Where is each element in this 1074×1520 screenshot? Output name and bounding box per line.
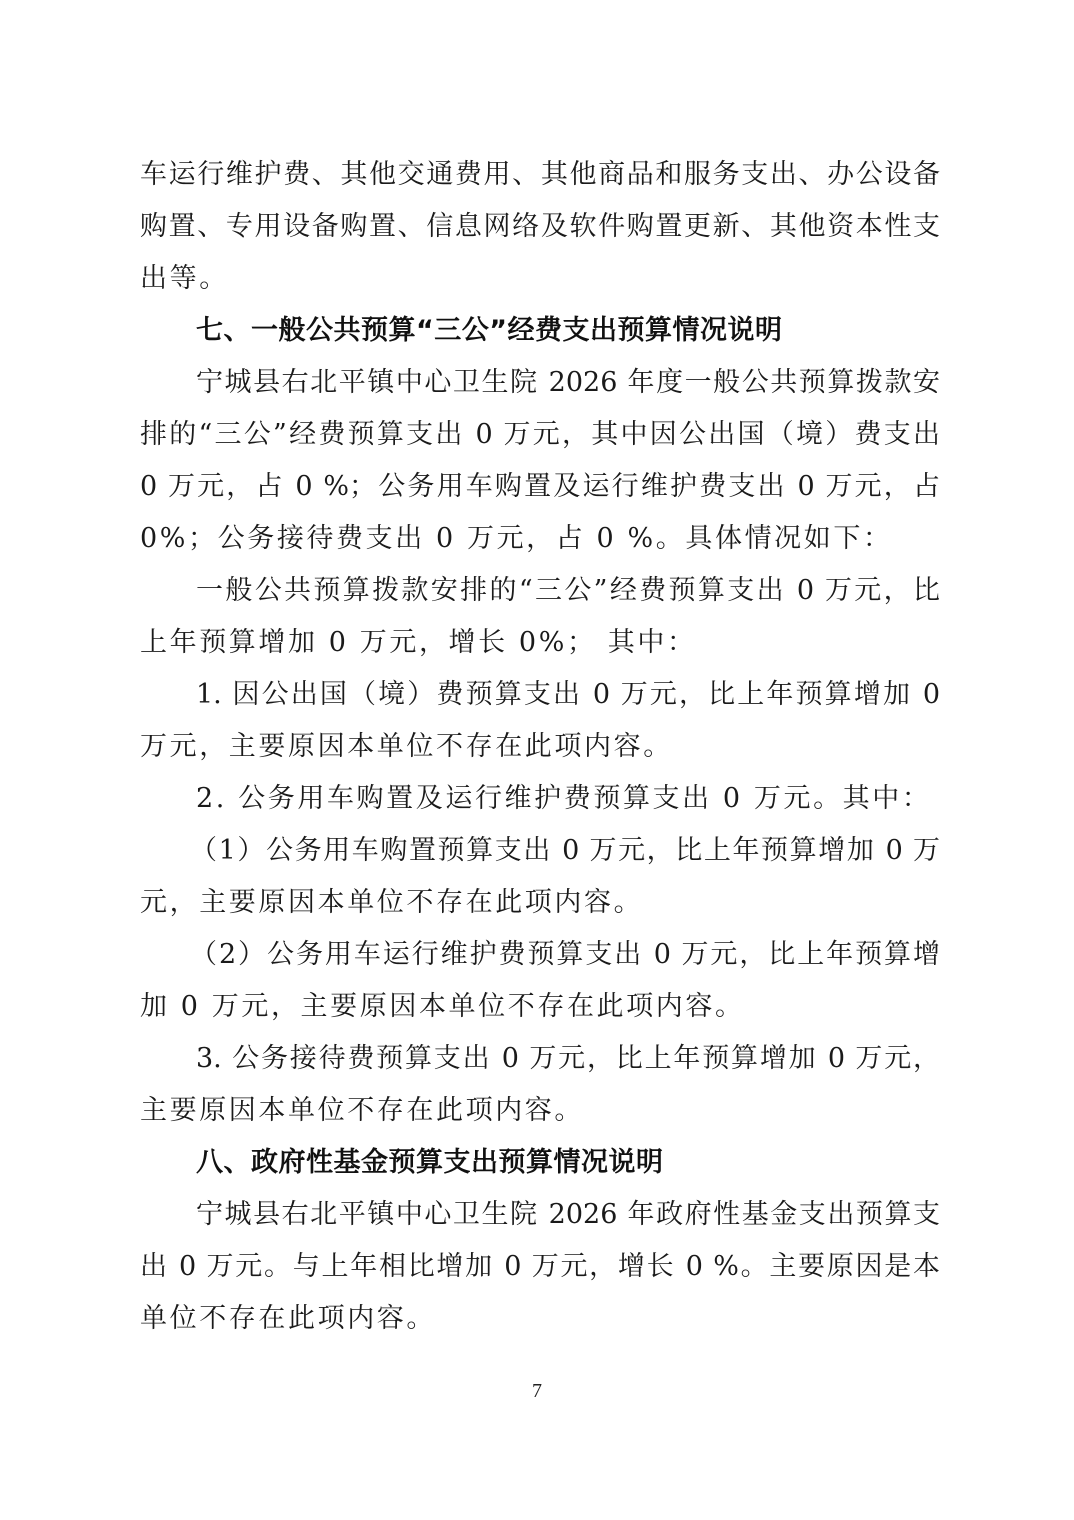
body-line: 元，主要原因本单位不存在此项内容。 [140, 883, 940, 923]
list-item-1: 1. 因公出国（境）费预算支出 0 万元，比上年预算增加 0 [196, 675, 940, 715]
body-line: 出等。 [140, 259, 940, 299]
list-item-3: 3. 公务接待费预算支出 0 万元，比上年预算增加 0 万元， [196, 1039, 940, 1079]
body-line: 主要原因本单位不存在此项内容。 [140, 1091, 940, 1131]
body-line: 宁城县右北平镇中心卫生院 2026 年政府性基金支出预算支 [196, 1195, 940, 1235]
body-line: 车运行维护费、其他交通费用、其他商品和服务支出、办公设备 [140, 155, 940, 195]
body-line: 宁城县右北平镇中心卫生院 2026 年度一般公共预算拨款安 [196, 363, 940, 403]
sub-item-2: （2）公务用车运行维护费预算支出 0 万元，比上年预算增 [190, 935, 940, 975]
page-number: 7 [0, 1380, 1074, 1403]
body-line: 上年预算增加 0 万元，增长 0%； 其中： [140, 623, 940, 663]
body-line: 加 0 万元，主要原因本单位不存在此项内容。 [140, 987, 940, 1027]
body-line: 排的“三公”经费预算支出 0 万元，其中因公出国（境）费支出 [140, 415, 940, 455]
body-line: 出 0 万元。与上年相比增加 0 万元，增长 0 %。主要原因是本 [140, 1247, 940, 1287]
body-line: 万元，主要原因本单位不存在此项内容。 [140, 727, 940, 767]
body-line: 0 万元，占 0 %；公务用车购置及运行维护费支出 0 万元，占 [140, 467, 940, 507]
section-heading-seven: 七、一般公共预算“三公”经费支出预算情况说明 [196, 311, 940, 351]
document-page: 车运行维护费、其他交通费用、其他商品和服务支出、办公设备 购置、专用设备购置、信… [0, 0, 1074, 1520]
body-line: 一般公共预算拨款安排的“三公”经费预算支出 0 万元，比 [196, 571, 940, 611]
list-item-2: 2. 公务用车购置及运行维护费预算支出 0 万元。其中： [196, 779, 940, 819]
body-line: 单位不存在此项内容。 [140, 1299, 940, 1339]
sub-item-1: （1）公务用车购置预算支出 0 万元，比上年预算增加 0 万 [190, 831, 940, 871]
body-line: 0%；公务接待费支出 0 万元，占 0 %。具体情况如下： [140, 519, 940, 559]
body-line: 购置、专用设备购置、信息网络及软件购置更新、其他资本性支 [140, 207, 940, 247]
section-heading-eight: 八、政府性基金预算支出预算情况说明 [196, 1143, 940, 1183]
